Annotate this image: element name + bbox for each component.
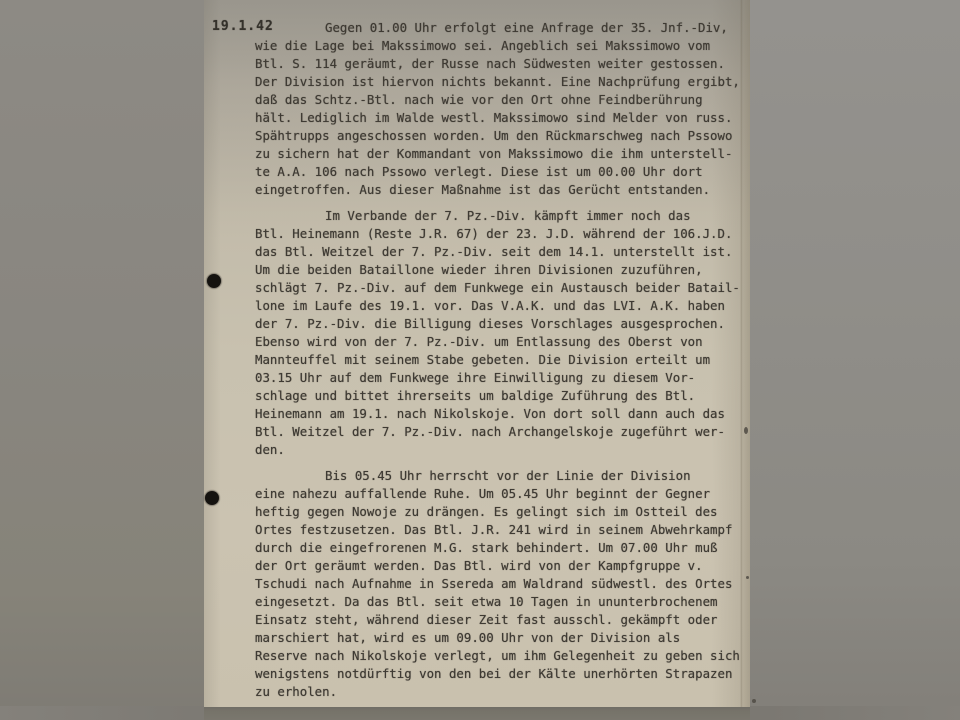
paragraph-1: Gegen 01.00 Uhr erfolgt eine Anfrage der…	[255, 19, 749, 199]
entry-text-column: Gegen 01.00 Uhr erfolgt eine Anfrage der…	[255, 19, 749, 709]
ink-speck	[744, 427, 748, 434]
background-right-bar	[750, 0, 960, 720]
document-page: 19.1.42 Gegen 01.00 Uhr erfolgt eine Anf…	[204, 0, 750, 707]
ink-speck	[746, 576, 749, 579]
paragraph-2: Im Verbande der 7. Pz.-Div. kämpft immer…	[255, 207, 749, 459]
punch-hole-bottom	[205, 491, 219, 505]
paragraph-3: Bis 05.45 Uhr herrscht vor der Linie der…	[255, 467, 749, 701]
document-photo: 19.1.42 Gegen 01.00 Uhr erfolgt eine Anf…	[0, 0, 960, 720]
background-left-bar	[0, 0, 204, 720]
punch-hole-top	[207, 274, 221, 288]
ink-speck	[752, 699, 756, 703]
